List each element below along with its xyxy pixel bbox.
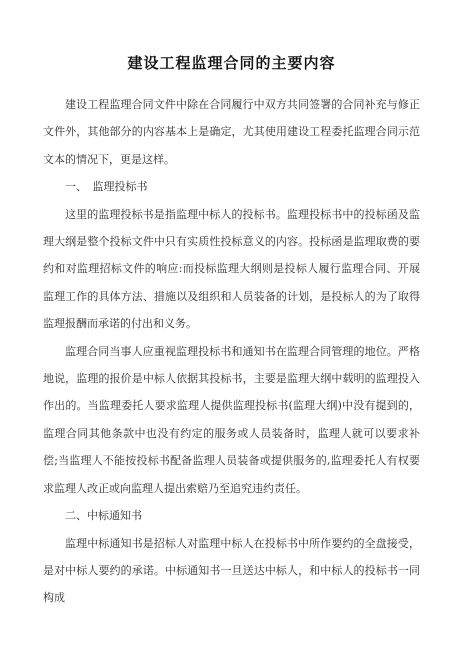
paragraph-bid-document-importance: 监理合同当事人应重视监理投标书和通知书在监理合同管理的地位。严格地说，监理的报价… (43, 338, 420, 502)
paragraph-bid-document-definition: 这里的监理投标书是指监理中标人的投标书。监理投标书中的投标函及监理大纲是整个投标… (43, 201, 420, 338)
document-page: 建设工程监理合同的主要内容 建设工程监理合同文件中除在合同履行中双方共同签署的合… (0, 0, 463, 655)
section-heading-2: 二、中标通知书 (43, 502, 420, 529)
paragraph-intro: 建设工程监理合同文件中除在合同履行中双方共同签署的合同补充与修正文件外，其他部分… (43, 91, 420, 173)
paragraph-award-notice: 监理中标通知书是招标人对监理中标人在投标书中所作要约的全盘接受，是对中标人要约的… (43, 530, 420, 612)
section-heading-1: 一、 监理投标书 (43, 173, 420, 200)
document-title: 建设工程监理合同的主要内容 (43, 52, 420, 74)
